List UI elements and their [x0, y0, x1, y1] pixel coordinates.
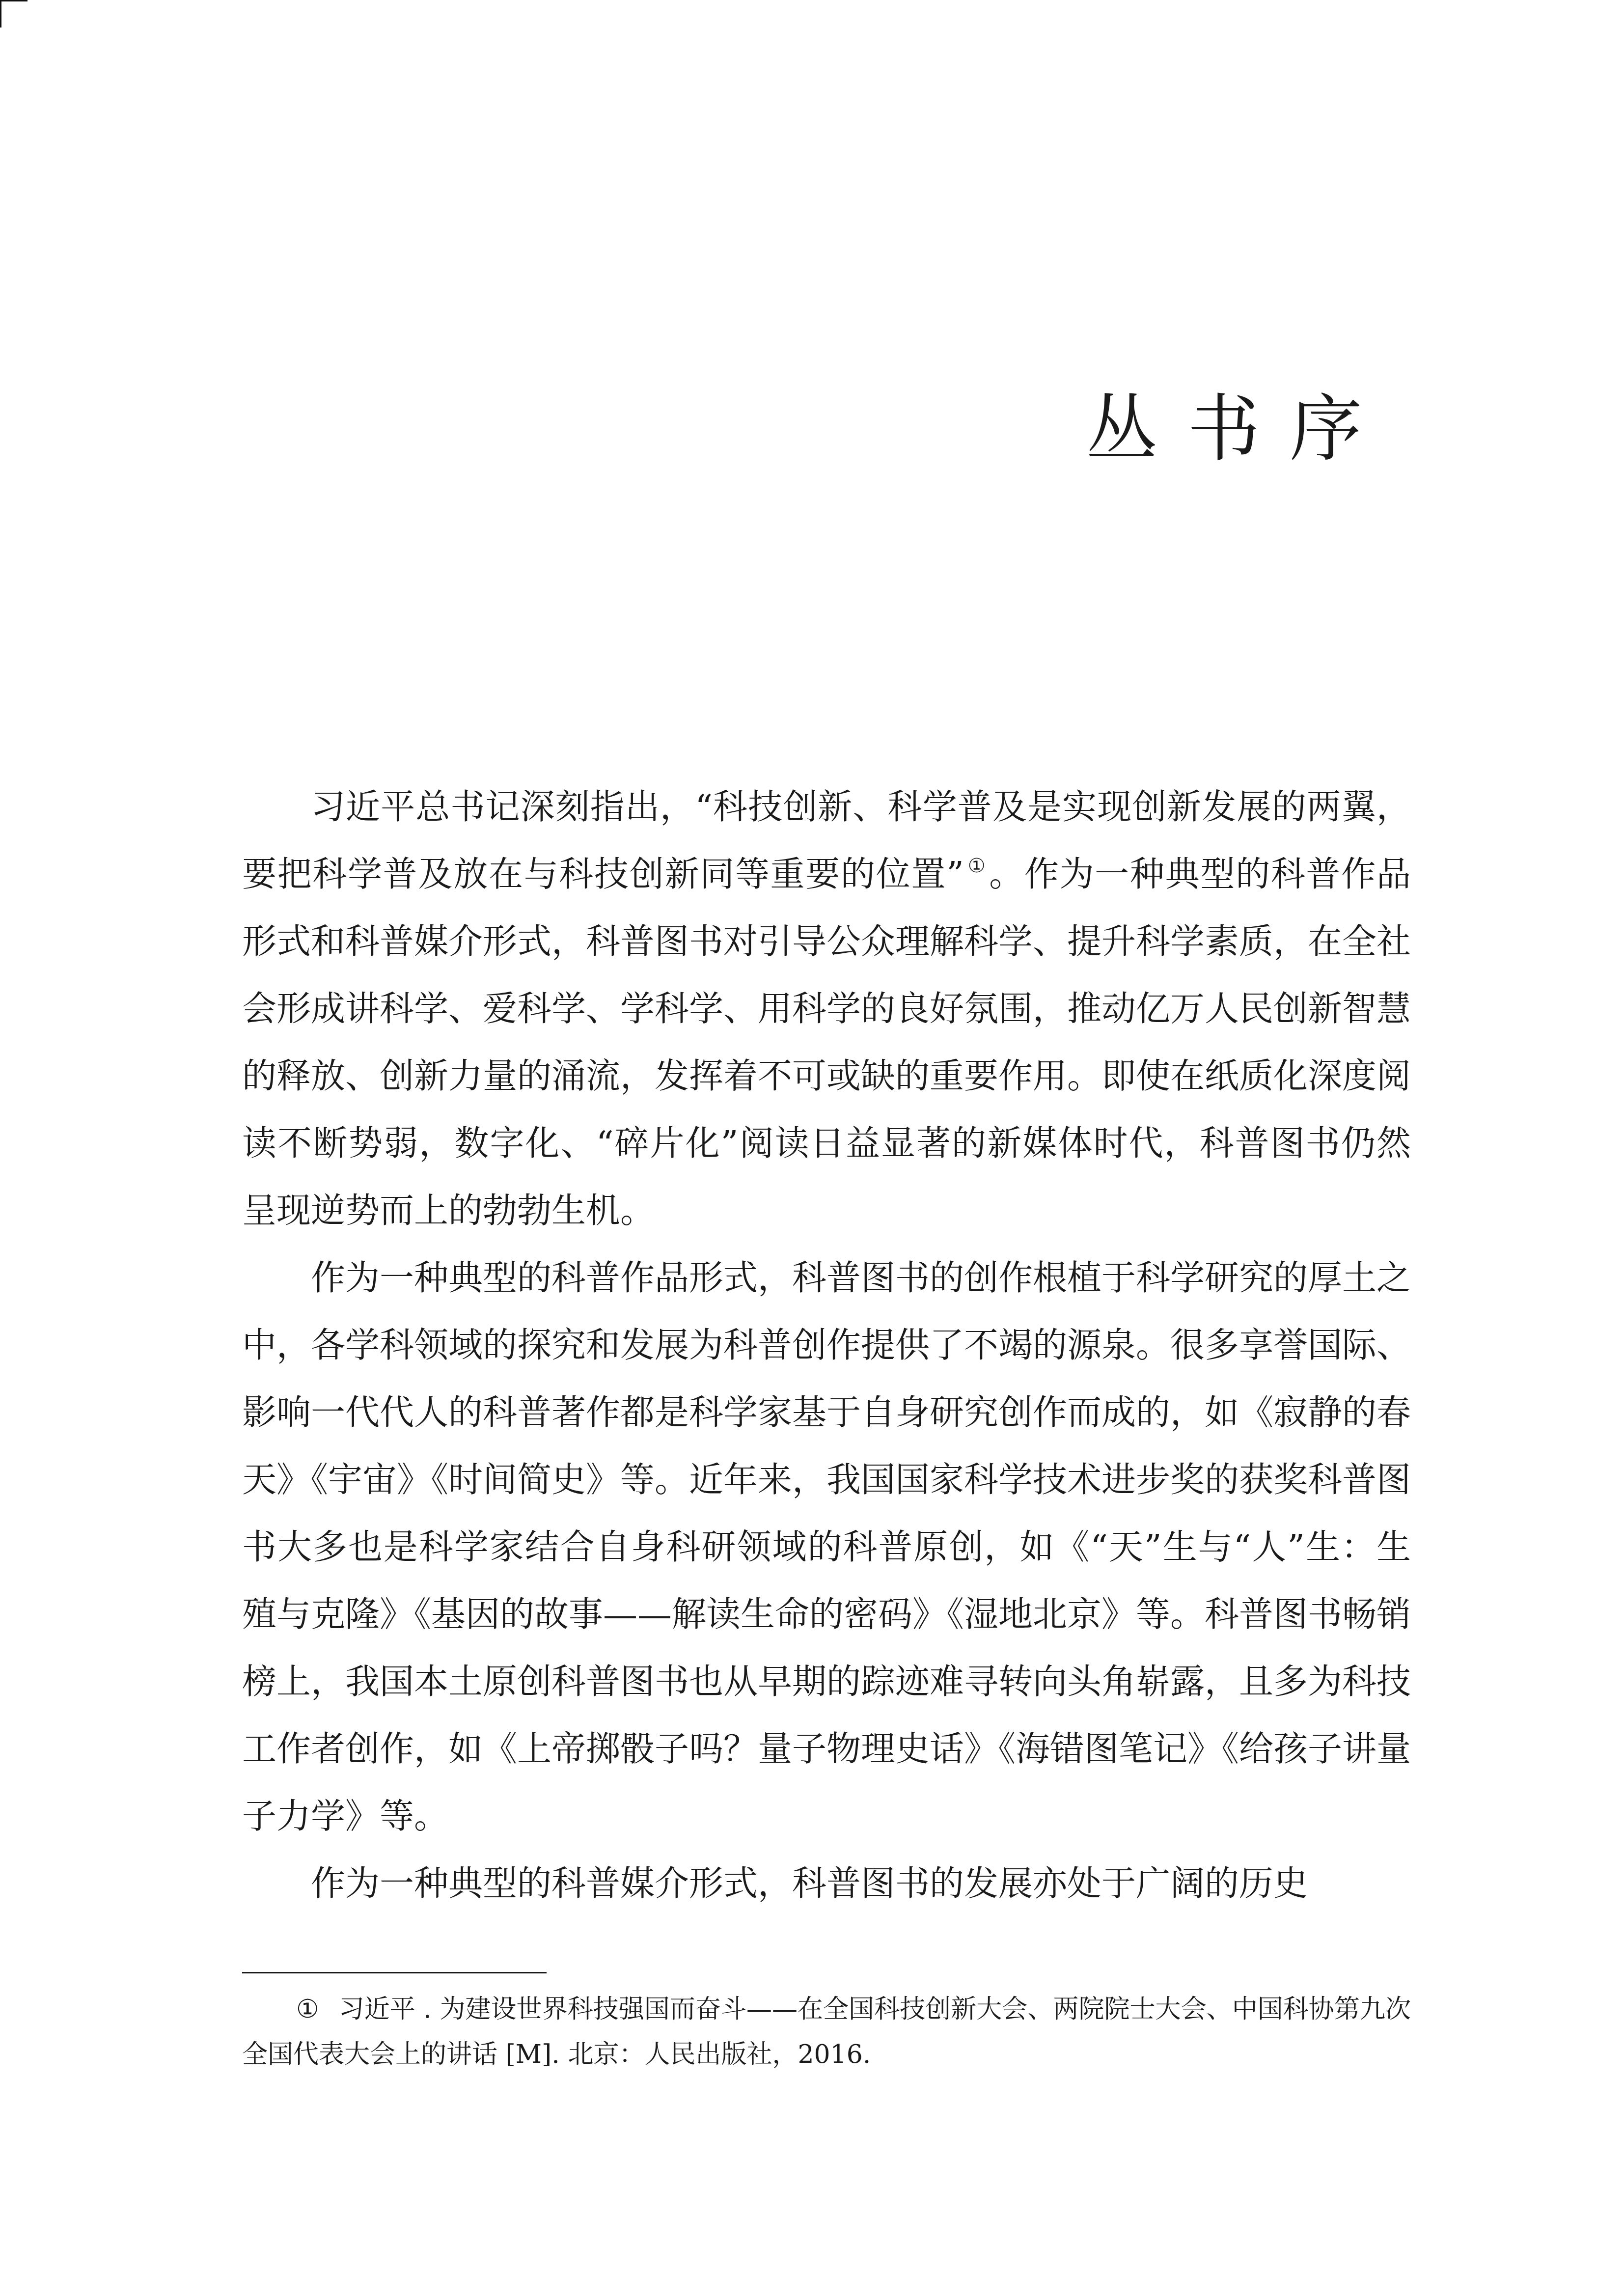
paragraph-3: 作为一种典型的科普媒介形式，科普图书的发展亦处于广阔的历史	[242, 1850, 1411, 1917]
paragraph-2: 作为一种典型的科普作品形式，科普图书的创作根植于科学研究的厚土之中，各学科领域的…	[242, 1245, 1411, 1850]
footnote-mark: ①	[296, 1995, 319, 2024]
footnote-entry: ①习近平 . 为建设世界科技强国而奋斗——在全国科技创新大会、两院院士大会、中国…	[242, 1987, 1411, 2077]
body-text: 习近平总书记深刻指出，“科技创新、科学普及是实现创新发展的两翼，要把科学普及放在…	[242, 774, 1411, 1917]
footnote: ①习近平 . 为建设世界科技强国而奋斗——在全国科技创新大会、两院院士大会、中国…	[242, 1987, 1411, 2077]
paragraph-1: 习近平总书记深刻指出，“科技创新、科学普及是实现创新发展的两翼，要把科学普及放在…	[242, 774, 1411, 1245]
page-title: 丛书序	[1085, 392, 1392, 465]
footnote-reference[interactable]: ①	[967, 855, 986, 877]
paragraph-1-text-b: 。作为一种典型的科普作品形式和科普媒介形式，科普图书对引导公众理解科学、提升科学…	[242, 854, 1411, 1231]
crop-mark-vertical	[0, 0, 1, 28]
footnote-divider	[242, 1972, 547, 1973]
footnote-text: 习近平 . 为建设世界科技强国而奋斗——在全国科技创新大会、两院院士大会、中国科…	[242, 1995, 1411, 2069]
crop-mark-horizontal	[0, 0, 28, 1]
